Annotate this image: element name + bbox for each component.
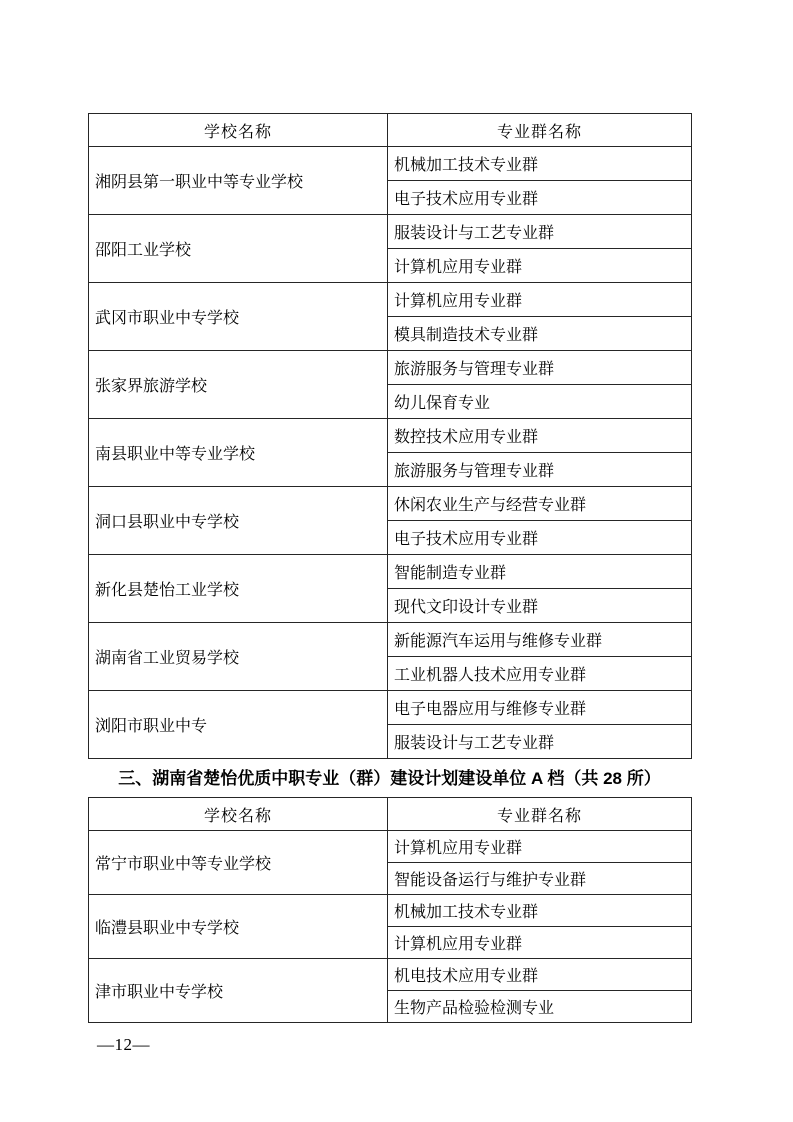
table-row: 张家界旅游学校旅游服务与管理专业群	[89, 351, 692, 385]
major-group-cell: 电子技术应用专业群	[388, 181, 692, 215]
table-row: 洞口县职业中专学校休闲农业生产与经营专业群	[89, 487, 692, 521]
school-groups-table-a: 学校名称 专业群名称 常宁市职业中等专业学校计算机应用专业群智能设备运行与维护专…	[88, 797, 692, 1023]
table-row: 湘阴县第一职业中等专业学校机械加工技术专业群	[89, 147, 692, 181]
table-header-row: 学校名称 专业群名称	[89, 114, 692, 147]
table-row: 津市职业中专学校机电技术应用专业群	[89, 959, 692, 991]
table-row: 浏阳市职业中专电子电器应用与维修专业群	[89, 691, 692, 725]
major-group-cell: 服装设计与工艺专业群	[388, 725, 692, 759]
major-group-cell: 计算机应用专业群	[388, 283, 692, 317]
major-group-cell: 服装设计与工艺专业群	[388, 215, 692, 249]
table-row: 临澧县职业中专学校机械加工技术专业群	[89, 895, 692, 927]
major-group-cell: 旅游服务与管理专业群	[388, 453, 692, 487]
table-row: 常宁市职业中等专业学校计算机应用专业群	[89, 831, 692, 863]
major-group-cell: 智能制造专业群	[388, 555, 692, 589]
group-name-header: 专业群名称	[388, 798, 692, 831]
school-name-cell: 湖南省工业贸易学校	[89, 623, 388, 691]
school-name-cell: 南县职业中等专业学校	[89, 419, 388, 487]
school-name-cell: 武冈市职业中专学校	[89, 283, 388, 351]
table-row: 南县职业中等专业学校数控技术应用专业群	[89, 419, 692, 453]
school-name-header: 学校名称	[89, 798, 388, 831]
major-group-cell: 计算机应用专业群	[388, 927, 692, 959]
major-group-cell: 新能源汽车运用与维修专业群	[388, 623, 692, 657]
school-groups-table-b: 学校名称 专业群名称 湘阴县第一职业中等专业学校机械加工技术专业群电子技术应用专…	[88, 113, 692, 759]
major-group-cell: 电子技术应用专业群	[388, 521, 692, 555]
group-name-header: 专业群名称	[388, 114, 692, 147]
major-group-cell: 生物产品检验检测专业	[388, 991, 692, 1023]
major-group-cell: 智能设备运行与维护专业群	[388, 863, 692, 895]
table-header-row: 学校名称 专业群名称	[89, 798, 692, 831]
school-name-cell: 临澧县职业中专学校	[89, 895, 388, 959]
document-page: 学校名称 专业群名称 湘阴县第一职业中等专业学校机械加工技术专业群电子技术应用专…	[0, 0, 793, 1122]
page-number: —12—	[97, 1035, 150, 1055]
major-group-cell: 机电技术应用专业群	[388, 959, 692, 991]
table-row: 邵阳工业学校服装设计与工艺专业群	[89, 215, 692, 249]
school-name-cell: 新化县楚怡工业学校	[89, 555, 388, 623]
major-group-cell: 现代文印设计专业群	[388, 589, 692, 623]
major-group-cell: 旅游服务与管理专业群	[388, 351, 692, 385]
table-row: 新化县楚怡工业学校智能制造专业群	[89, 555, 692, 589]
major-group-cell: 计算机应用专业群	[388, 831, 692, 863]
major-group-cell: 幼儿保育专业	[388, 385, 692, 419]
section-heading: 三、湖南省楚怡优质中职专业（群）建设计划建设单位 A 档（共 28 所）	[88, 764, 691, 794]
school-name-cell: 湘阴县第一职业中等专业学校	[89, 147, 388, 215]
school-name-cell: 津市职业中专学校	[89, 959, 388, 1023]
major-group-cell: 数控技术应用专业群	[388, 419, 692, 453]
school-name-cell: 浏阳市职业中专	[89, 691, 388, 759]
major-group-cell: 计算机应用专业群	[388, 249, 692, 283]
school-name-header: 学校名称	[89, 114, 388, 147]
major-group-cell: 休闲农业生产与经营专业群	[388, 487, 692, 521]
major-group-cell: 电子电器应用与维修专业群	[388, 691, 692, 725]
table-row: 武冈市职业中专学校计算机应用专业群	[89, 283, 692, 317]
school-name-cell: 邵阳工业学校	[89, 215, 388, 283]
major-group-cell: 机械加工技术专业群	[388, 895, 692, 927]
table-row: 湖南省工业贸易学校新能源汽车运用与维修专业群	[89, 623, 692, 657]
school-name-cell: 洞口县职业中专学校	[89, 487, 388, 555]
major-group-cell: 工业机器人技术应用专业群	[388, 657, 692, 691]
major-group-cell: 机械加工技术专业群	[388, 147, 692, 181]
major-group-cell: 模具制造技术专业群	[388, 317, 692, 351]
school-name-cell: 常宁市职业中等专业学校	[89, 831, 388, 895]
school-name-cell: 张家界旅游学校	[89, 351, 388, 419]
